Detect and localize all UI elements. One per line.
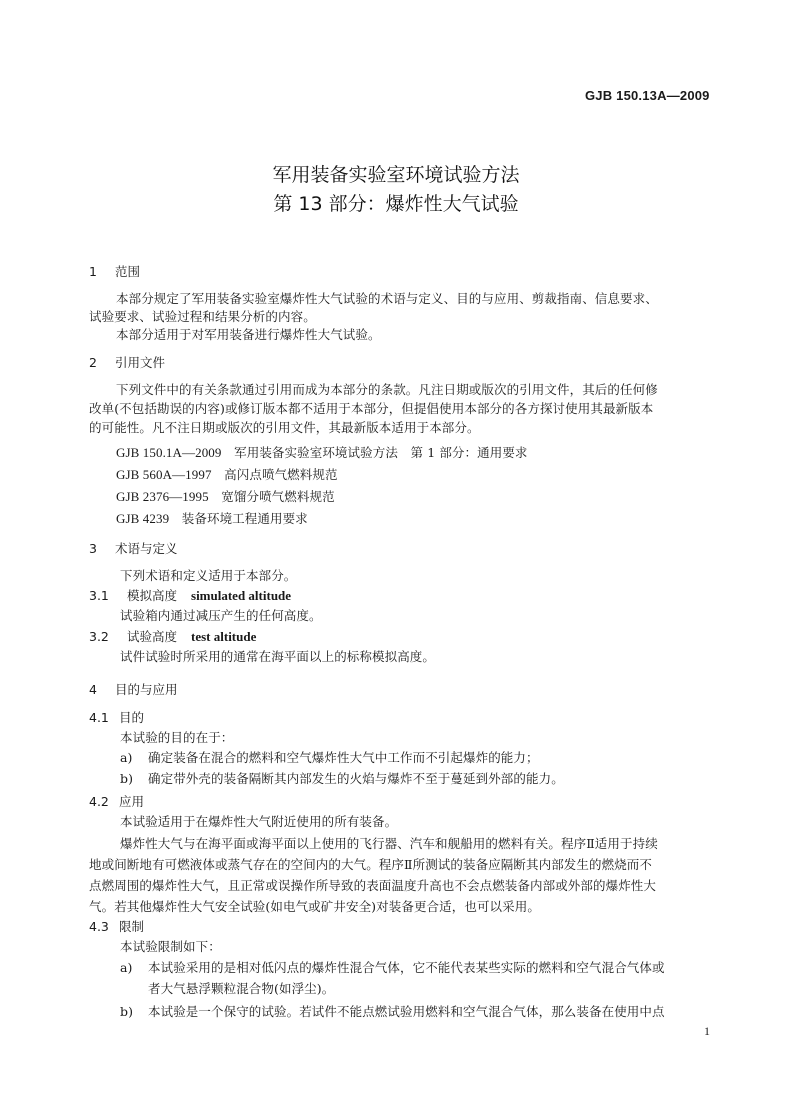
section-title: 范围 bbox=[115, 264, 140, 279]
term-name: 试验高度 bbox=[127, 629, 177, 644]
subsection-title: 应用 bbox=[119, 794, 144, 809]
reference-code: GJB 150.1A—2009 bbox=[116, 445, 222, 461]
reference-item: GJB 150.1A—2009 军用装备实验室环境试验方法 第 1 部分：通用要… bbox=[116, 443, 528, 461]
reference-title: 装备环境工程通用要求 bbox=[182, 511, 308, 526]
list-label: b) bbox=[120, 771, 148, 786]
list-item: a)本试验采用的是相对低闪点的爆炸性混合气体，它不能代表某些实际的燃料和空气混合… bbox=[120, 958, 665, 976]
subsection-number: 4.1 bbox=[89, 710, 119, 725]
term-definition: 试验箱内通过减压产生的任何高度。 bbox=[120, 606, 322, 624]
subsection-number: 3.2 bbox=[89, 629, 127, 644]
list-text: 本试验是一个保守的试验。若试件不能点燃试验用燃料和空气混合气体，那么装备在使用中… bbox=[148, 1004, 665, 1019]
list-item: a)确定装备在混合的燃料和空气爆炸性大气中工作而不引起爆炸的能力； bbox=[120, 748, 539, 766]
section-number: 2 bbox=[89, 355, 115, 370]
section-title: 目的与应用 bbox=[115, 682, 178, 697]
term-definition: 试件试验时所采用的通常在海平面以上的标称模拟高度。 bbox=[120, 647, 435, 665]
section-number: 1 bbox=[89, 264, 115, 279]
subsection-number: 4.3 bbox=[89, 919, 119, 934]
list-text: 确定带外壳的装备隔断其内部发生的火焰与爆炸不至于蔓延到外部的能力。 bbox=[148, 771, 564, 786]
subsection-number: 3.1 bbox=[89, 588, 127, 603]
list-text: 确定装备在混合的燃料和空气爆炸性大气中工作而不引起爆炸的能力； bbox=[148, 750, 539, 765]
reference-code: GJB 560A—1997 bbox=[116, 467, 212, 483]
section-2-heading: 2引用文件 bbox=[89, 353, 165, 371]
reference-title: 高闪点喷气燃料规范 bbox=[224, 467, 337, 482]
section-title: 引用文件 bbox=[115, 355, 165, 370]
reference-code: GJB 4239 bbox=[116, 511, 169, 527]
reference-item: GJB 4239 装备环境工程通用要求 bbox=[116, 509, 308, 527]
paragraph: 本试验适用于在爆炸性大气附近使用的所有装备。 bbox=[120, 812, 397, 830]
subsection-4-2-heading: 4.2应用 bbox=[89, 792, 144, 810]
section-number: 3 bbox=[89, 541, 115, 556]
subsection-number: 4.2 bbox=[89, 794, 119, 809]
section-4-heading: 4目的与应用 bbox=[89, 680, 178, 698]
reference-code: GJB 2376—1995 bbox=[116, 489, 209, 505]
paragraph: 改单(不包括勘误的内容)或修订版本都不适用于本部分，但提倡使用本部分的各方探讨使… bbox=[89, 399, 653, 417]
paragraph: 的可能性。凡不注日期或版次的引用文件，其最新版本适用于本部分。 bbox=[89, 418, 480, 436]
paragraph: 本部分适用于对军用装备进行爆炸性大气试验。 bbox=[116, 325, 381, 343]
paragraph: 下列文件中的有关条款通过引用而成为本部分的条款。凡注日期或版次的引用文件，其后的… bbox=[116, 380, 658, 398]
subsection-4-1-heading: 4.1目的 bbox=[89, 708, 144, 726]
section-title: 术语与定义 bbox=[115, 541, 178, 556]
paragraph: 试验要求、试验过程和结果分析的内容。 bbox=[89, 307, 316, 325]
document-subtitle: 第 13 部分：爆炸性大气试验 bbox=[0, 189, 792, 216]
term-english: test altitude bbox=[191, 629, 256, 644]
page-number: 1 bbox=[704, 1024, 710, 1039]
paragraph: 地或间断地有可燃液体或蒸气存在的空间内的大气。程序Ⅱ所测试的装备应隔断其内部发生… bbox=[89, 855, 652, 873]
subsection-title: 限制 bbox=[119, 919, 144, 934]
standard-code: GJB 150.13A—2009 bbox=[585, 88, 710, 103]
list-text: 本试验采用的是相对低闪点的爆炸性混合气体，它不能代表某些实际的燃料和空气混合气体… bbox=[148, 960, 665, 975]
section-3-heading: 3术语与定义 bbox=[89, 539, 178, 557]
subsection-4-3-heading: 4.3限制 bbox=[89, 917, 144, 935]
list-label: a) bbox=[120, 750, 148, 765]
paragraph: 本试验的目的在于： bbox=[120, 728, 233, 746]
term-english: simulated altitude bbox=[191, 588, 291, 603]
paragraph: 下列术语和定义适用于本部分。 bbox=[120, 566, 296, 584]
paragraph: 本试验限制如下： bbox=[120, 937, 221, 955]
list-item: b)确定带外壳的装备隔断其内部发生的火焰与爆炸不至于蔓延到外部的能力。 bbox=[120, 769, 564, 787]
reference-item: GJB 2376—1995 宽馏分喷气燃料规范 bbox=[116, 487, 335, 505]
section-1-heading: 1范围 bbox=[89, 262, 140, 280]
reference-title: 军用装备实验室环境试验方法 第 1 部分：通用要求 bbox=[234, 445, 527, 460]
paragraph: 本部分规定了军用装备实验室爆炸性大气试验的术语与定义、目的与应用、剪裁指南、信息… bbox=[116, 289, 658, 307]
term-3-1-heading: 3.1模拟高度simulated altitude bbox=[89, 586, 291, 604]
reference-title: 宽馏分喷气燃料规范 bbox=[221, 489, 334, 504]
term-name: 模拟高度 bbox=[127, 588, 177, 603]
list-item: b)本试验是一个保守的试验。若试件不能点燃试验用燃料和空气混合气体，那么装备在使… bbox=[120, 1002, 665, 1020]
paragraph: 点燃周围的爆炸性大气，且正常或误操作所导致的表面温度升高也不会点燃装备内部或外部… bbox=[89, 876, 656, 894]
section-number: 4 bbox=[89, 682, 115, 697]
paragraph: 气。若其他爆炸性大气安全试验(如电气或矿井安全)对装备更合适，也可以采用。 bbox=[89, 897, 540, 915]
term-3-2-heading: 3.2试验高度test altitude bbox=[89, 627, 256, 645]
reference-item: GJB 560A—1997 高闪点喷气燃料规范 bbox=[116, 465, 338, 483]
list-text-continued: 者大气悬浮颗粒混合物(如浮尘)。 bbox=[148, 979, 334, 997]
paragraph: 爆炸性大气与在海平面或海平面以上使用的飞行器、汽车和舰船用的燃料有关。程序Ⅱ适用… bbox=[120, 834, 658, 852]
list-label: a) bbox=[120, 960, 148, 975]
subsection-title: 目的 bbox=[119, 710, 144, 725]
document-title: 军用装备实验室环境试验方法 bbox=[0, 160, 792, 187]
list-label: b) bbox=[120, 1004, 148, 1019]
